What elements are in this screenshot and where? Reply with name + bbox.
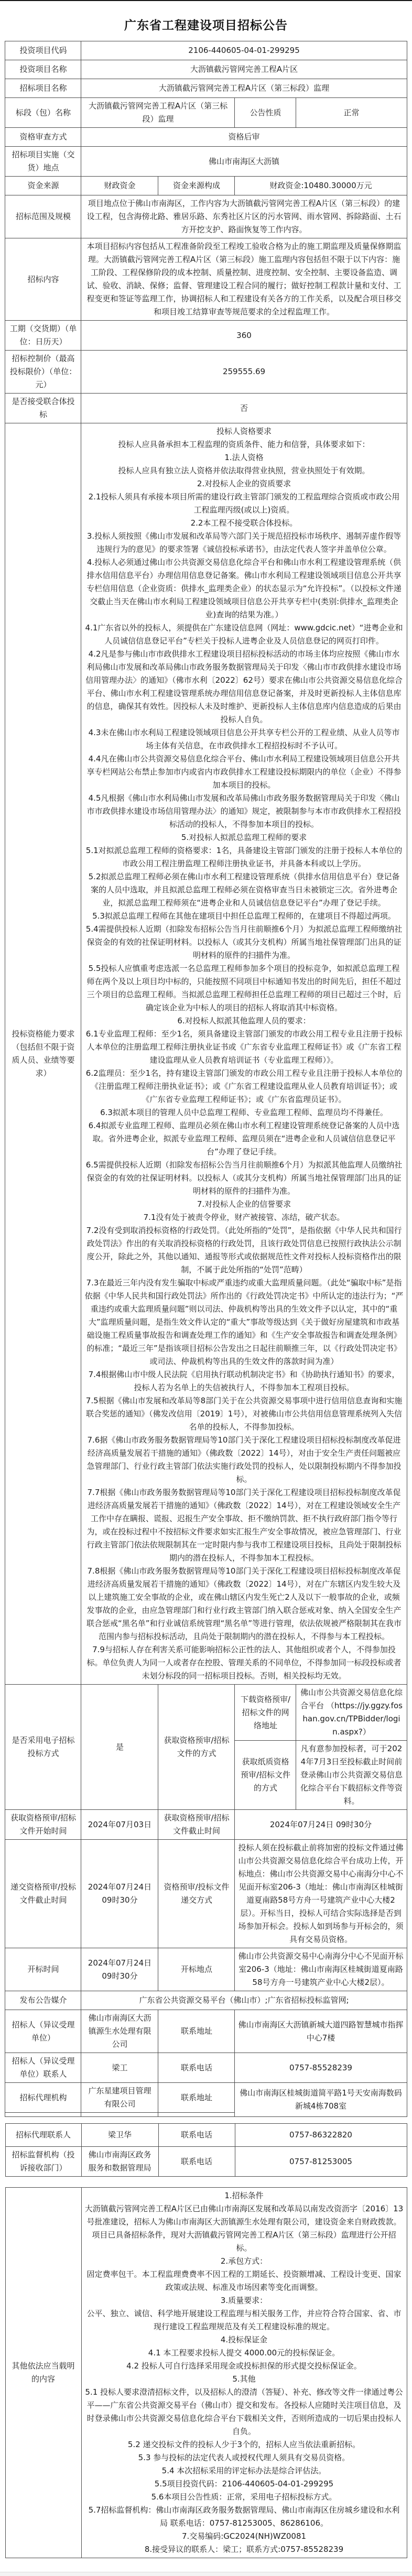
row-tender-name: 招标项目名称 大沥镇截污管网完善工程A片区（第三标段）监理 (5, 79, 407, 98)
download-url-label: 下载资格预审/招标文件的网络地址 (235, 1685, 296, 1741)
qualification-requirements-value: 投标人资格要求 投标人应具备承担本工程监理的资质条件、能力和信誉，具体要求如下：… (81, 423, 407, 1685)
tender-name-value: 大沥镇截污管网完善工程A片区（第三标段）监理 (81, 79, 407, 98)
e-bidding-value: 是 (81, 1685, 158, 1810)
obtain-start-label: 获取资格预审/招标文件开始时间 (5, 1810, 81, 1840)
obtain-start-value: 2024年07月03日 (81, 1810, 158, 1840)
spacer-cell (81, 2113, 158, 2117)
control-price-label: 招标控制价（最高投标限价）（单位：元） (5, 351, 81, 394)
row-opening: 开标时间 2024年07月24日 09时30分 开标地点 佛山市公共资源交易中心… (5, 1948, 407, 1991)
other-content-table: 其他依法应当载明的内容 1.招标条件 大沥镇截污管网完善工程A片区已由佛山市南海… (5, 2187, 407, 2558)
opening-time-value: 2024年07月24日 09时30分 (81, 1948, 158, 1991)
contacts-table: 招标代理联系人 梁卫华 联系电话 0757-86322820 招标监督机构（投诉… (5, 2123, 407, 2177)
supervisor-value: 佛山市南海区政务服务和数据管理局 (81, 2147, 158, 2177)
row-qualification-review: 资格审查方式 资格后审 (5, 128, 407, 147)
section-label: 标段（包）名称 (5, 98, 81, 128)
tenderer-value: 佛山市南海区大沥镇源生水处理有限公司 (81, 2010, 158, 2053)
content-label: 招标内容 (5, 238, 81, 321)
submission-deadline-label: 递交资格预审/投标文件截止时间 (5, 1840, 81, 1948)
project-name-value: 大沥镇截污管网完善工程A片区 (81, 60, 407, 79)
notice-nature-label: 公告性质 (235, 98, 296, 128)
agency-phone-value: 0757-86322820 (235, 2124, 407, 2147)
project-code-value: 2106-440605-04-01-299295 (81, 41, 407, 60)
table-gap (0, 2117, 412, 2123)
tenderer-address-value: 佛山市南海区大沥镇新城大道四路智慧城市指挥中心7楼 (235, 2010, 407, 2053)
funding-value: 财政资金 (81, 177, 158, 195)
paper-method-value: 凡有意参加投标者，可于2024年7月3日至投标截止时间前登录佛山市公共资源交易信… (296, 1741, 407, 1810)
page-title: 广东省工程建设项目招标公告 (0, 16, 412, 33)
other-content-label: 其他依法应当载明的内容 (5, 2188, 81, 2558)
section-value: 大沥镇截污管网完善工程A片区（第三标段）监理 (81, 98, 235, 128)
location-label: 招标项目实施（交货）地点 (5, 147, 81, 177)
row-agency-contact: 招标代理联系人 梁卫华 联系电话 0757-86322820 (5, 2124, 407, 2147)
footer-gap (0, 2558, 412, 2572)
tender-name-label: 招标项目名称 (5, 79, 81, 98)
paper-method-label: 获取纸质资格预审/招标文件的方式 (235, 1741, 296, 1810)
submission-deadline-value: 2024年07月24日 09时30分 (81, 1840, 158, 1948)
row-submission: 递交资格预审/投标文件截止时间 2024年07月24日 09时30分 资格预审/… (5, 1840, 407, 1948)
table-gap (0, 2177, 412, 2187)
agency-value: 广东星建项目管理有限公司 (81, 2083, 158, 2113)
funding-composition-label: 资金来源构成 (158, 177, 235, 195)
row-consortium: 是否接受联合体投标 否 (5, 394, 407, 423)
tenderer-phone-label: 联系电话 (158, 2053, 235, 2083)
qualification-requirements-label: 投标资格能力要求（包括但不限于资质人员、业绩等要求） (5, 423, 81, 1685)
tenderer-contact-label: 招标人（异议受理单位）联系人 (5, 2053, 81, 2083)
qualification-review-label: 资格审查方式 (5, 128, 81, 147)
control-price-value: 259555.69 (81, 351, 407, 394)
media-value: 广东省公共资源交易平台（佛山市）;广东省招标投标监管网; (81, 1991, 407, 2010)
row-tenderer: 招标人（异议受理单位） 佛山市南海区大沥镇源生水处理有限公司 联系地址 佛山市南… (5, 2010, 407, 2053)
notice-nature-value: 正常 (296, 98, 407, 128)
row-media: 发布公告媒介 广东省公共资源交易平台（佛山市）;广东省招标投标监管网; (5, 1991, 407, 2010)
row-supervisor: 招标监督机构（投诉接收部门） 佛山市南海区政务服务和数据管理局 联系电话 075… (5, 2147, 407, 2177)
row-section: 标段（包）名称 大沥镇截污管网完善工程A片区（第三标段）监理 公告性质 正常 (5, 98, 407, 128)
agency-contact-label: 招标代理联系人 (5, 2124, 81, 2147)
consortium-label: 是否接受联合体投标 (5, 394, 81, 423)
project-code-label: 投资项目代码 (5, 41, 81, 60)
window-top-border (0, 0, 412, 1)
row-project-code: 投资项目代码 2106-440605-04-01-299295 (5, 41, 407, 60)
row-obtain-time: 获取资格预审/招标文件开始时间 2024年07月03日 获取资格预审/招标文件截… (5, 1810, 407, 1840)
spacer-cell (158, 2113, 235, 2117)
row-qualification-requirements: 投标资格能力要求（包括但不限于资质人员、业绩等要求） 投标人资格要求 投标人应具… (5, 423, 407, 1685)
obtain-end-value: 2024年07月24日 09时30分 (235, 1810, 407, 1840)
qualification-review-value: 资格后审 (81, 128, 407, 147)
media-label: 发布公告媒介 (5, 1991, 81, 2010)
row-control-price: 招标控制价（最高投标限价）（单位：元） 259555.69 (5, 351, 407, 394)
funding-label: 资金来源 (5, 177, 81, 195)
supervisor-phone-label: 联系电话 (158, 2147, 235, 2177)
row-funding: 资金来源 财政资金 资金来源构成 财政资金:10480.30000万元 (5, 177, 407, 195)
agency-address-label: 联系地址 (158, 2083, 235, 2113)
row-project-name: 投资项目名称 大沥镇截污管网完善工程A片区 (5, 60, 407, 79)
scope-value: 项目地点位于佛山市南海区，工作内容为大沥镇截污管网完善工程A片区（第三标段）的建… (81, 195, 407, 238)
supervisor-label: 招标监督机构（投诉接收部门） (5, 2147, 81, 2177)
agency-address-value: 佛山市南海区桂城街道简平路1号天安南海数码新城4栋708室 (235, 2083, 407, 2117)
supervisor-phone-value: 0757-81253005 (235, 2147, 407, 2177)
other-content-value: 1.招标条件 大沥镇截污管网完善工程A片区已由佛山市南海区发展和改革局以南发改资… (81, 2188, 407, 2558)
row-other-content: 其他依法应当载明的内容 1.招标条件 大沥镇截污管网完善工程A片区已由佛山市南海… (5, 2188, 407, 2558)
row-duration: 工期（交货期）（单位：日历天） 360 (5, 321, 407, 351)
obtain-end-label: 获取资格预审/招标文件截止时间 (158, 1810, 235, 1840)
tenderer-phone-value: 0757-85528239 (235, 2053, 407, 2083)
tenderer-address-label: 联系地址 (158, 2010, 235, 2053)
duration-value: 360 (81, 321, 407, 351)
obtain-method-label: 获取资格预审/招标文件的方式 (158, 1685, 235, 1810)
submission-method-label: 资格预审/投标文件递交方式 (158, 1840, 235, 1948)
tender-announcement-table: 投资项目代码 2106-440605-04-01-299295 投资项目名称 大… (5, 41, 407, 2117)
opening-place-label: 开标地点 (158, 1948, 235, 1991)
agency-label: 招标代理机构 (5, 2083, 81, 2113)
row-location: 招标项目实施（交货）地点 佛山市南海区大沥镇 (5, 147, 407, 177)
row-scope: 招标范围及规模 项目地点位于佛山市南海区，工作内容为大沥镇截污管网完善工程A片区… (5, 195, 407, 238)
agency-phone-label: 联系电话 (158, 2124, 235, 2147)
download-url-value: 佛山市公共资源交易信息化综合平台 （https://jy.ggzy.foshan… (296, 1685, 407, 1741)
consortium-value: 否 (81, 394, 407, 423)
row-content: 招标内容 本项目招标内容包括从工程准备阶段至工程竣工验收合格为止的施工期监理及质… (5, 238, 407, 321)
row-tenderer-contact: 招标人（异议受理单位）联系人 梁工 联系电话 0757-85528239 (5, 2053, 407, 2083)
location-value: 佛山市南海区大沥镇 (81, 147, 407, 177)
tenderer-contact-value: 梁工 (81, 2053, 158, 2083)
e-bidding-label: 是否采用电子招标投标方式 (5, 1685, 81, 1810)
row-agency: 招标代理机构 广东星建项目管理有限公司 联系地址 佛山市南海区桂城街道简平路1号… (5, 2083, 407, 2113)
tenderer-label: 招标人（异议受理单位） (5, 2010, 81, 2053)
scope-label: 招标范围及规模 (5, 195, 81, 238)
page-footer-bar (0, 2572, 412, 2576)
content-value: 本项目招标内容包括从工程准备阶段至工程竣工验收合格为止的施工期监理及质量保修期监… (81, 238, 407, 321)
row-e-bidding-url: 是否采用电子招标投标方式 是 获取资格预审/招标文件的方式 下载资格预审/招标文… (5, 1685, 407, 1741)
submission-method-value: 投标人须在投标截止前将加密的投标文件通过佛山市公共资源交易信息化综合平台成功上传… (235, 1840, 407, 1948)
duration-label: 工期（交货期）（单位：日历天） (5, 321, 81, 351)
funding-composition-value: 财政资金:10480.30000万元 (235, 177, 407, 195)
opening-time-label: 开标时间 (5, 1948, 81, 1991)
opening-place-value: 佛山市公共资源交易中心南海分中心不见面开标室206-3（地址：佛山市南海区桂城街… (235, 1948, 407, 1991)
project-name-label: 投资项目名称 (5, 60, 81, 79)
spacer-cell (5, 2113, 81, 2117)
agency-contact-value: 梁卫华 (81, 2124, 158, 2147)
